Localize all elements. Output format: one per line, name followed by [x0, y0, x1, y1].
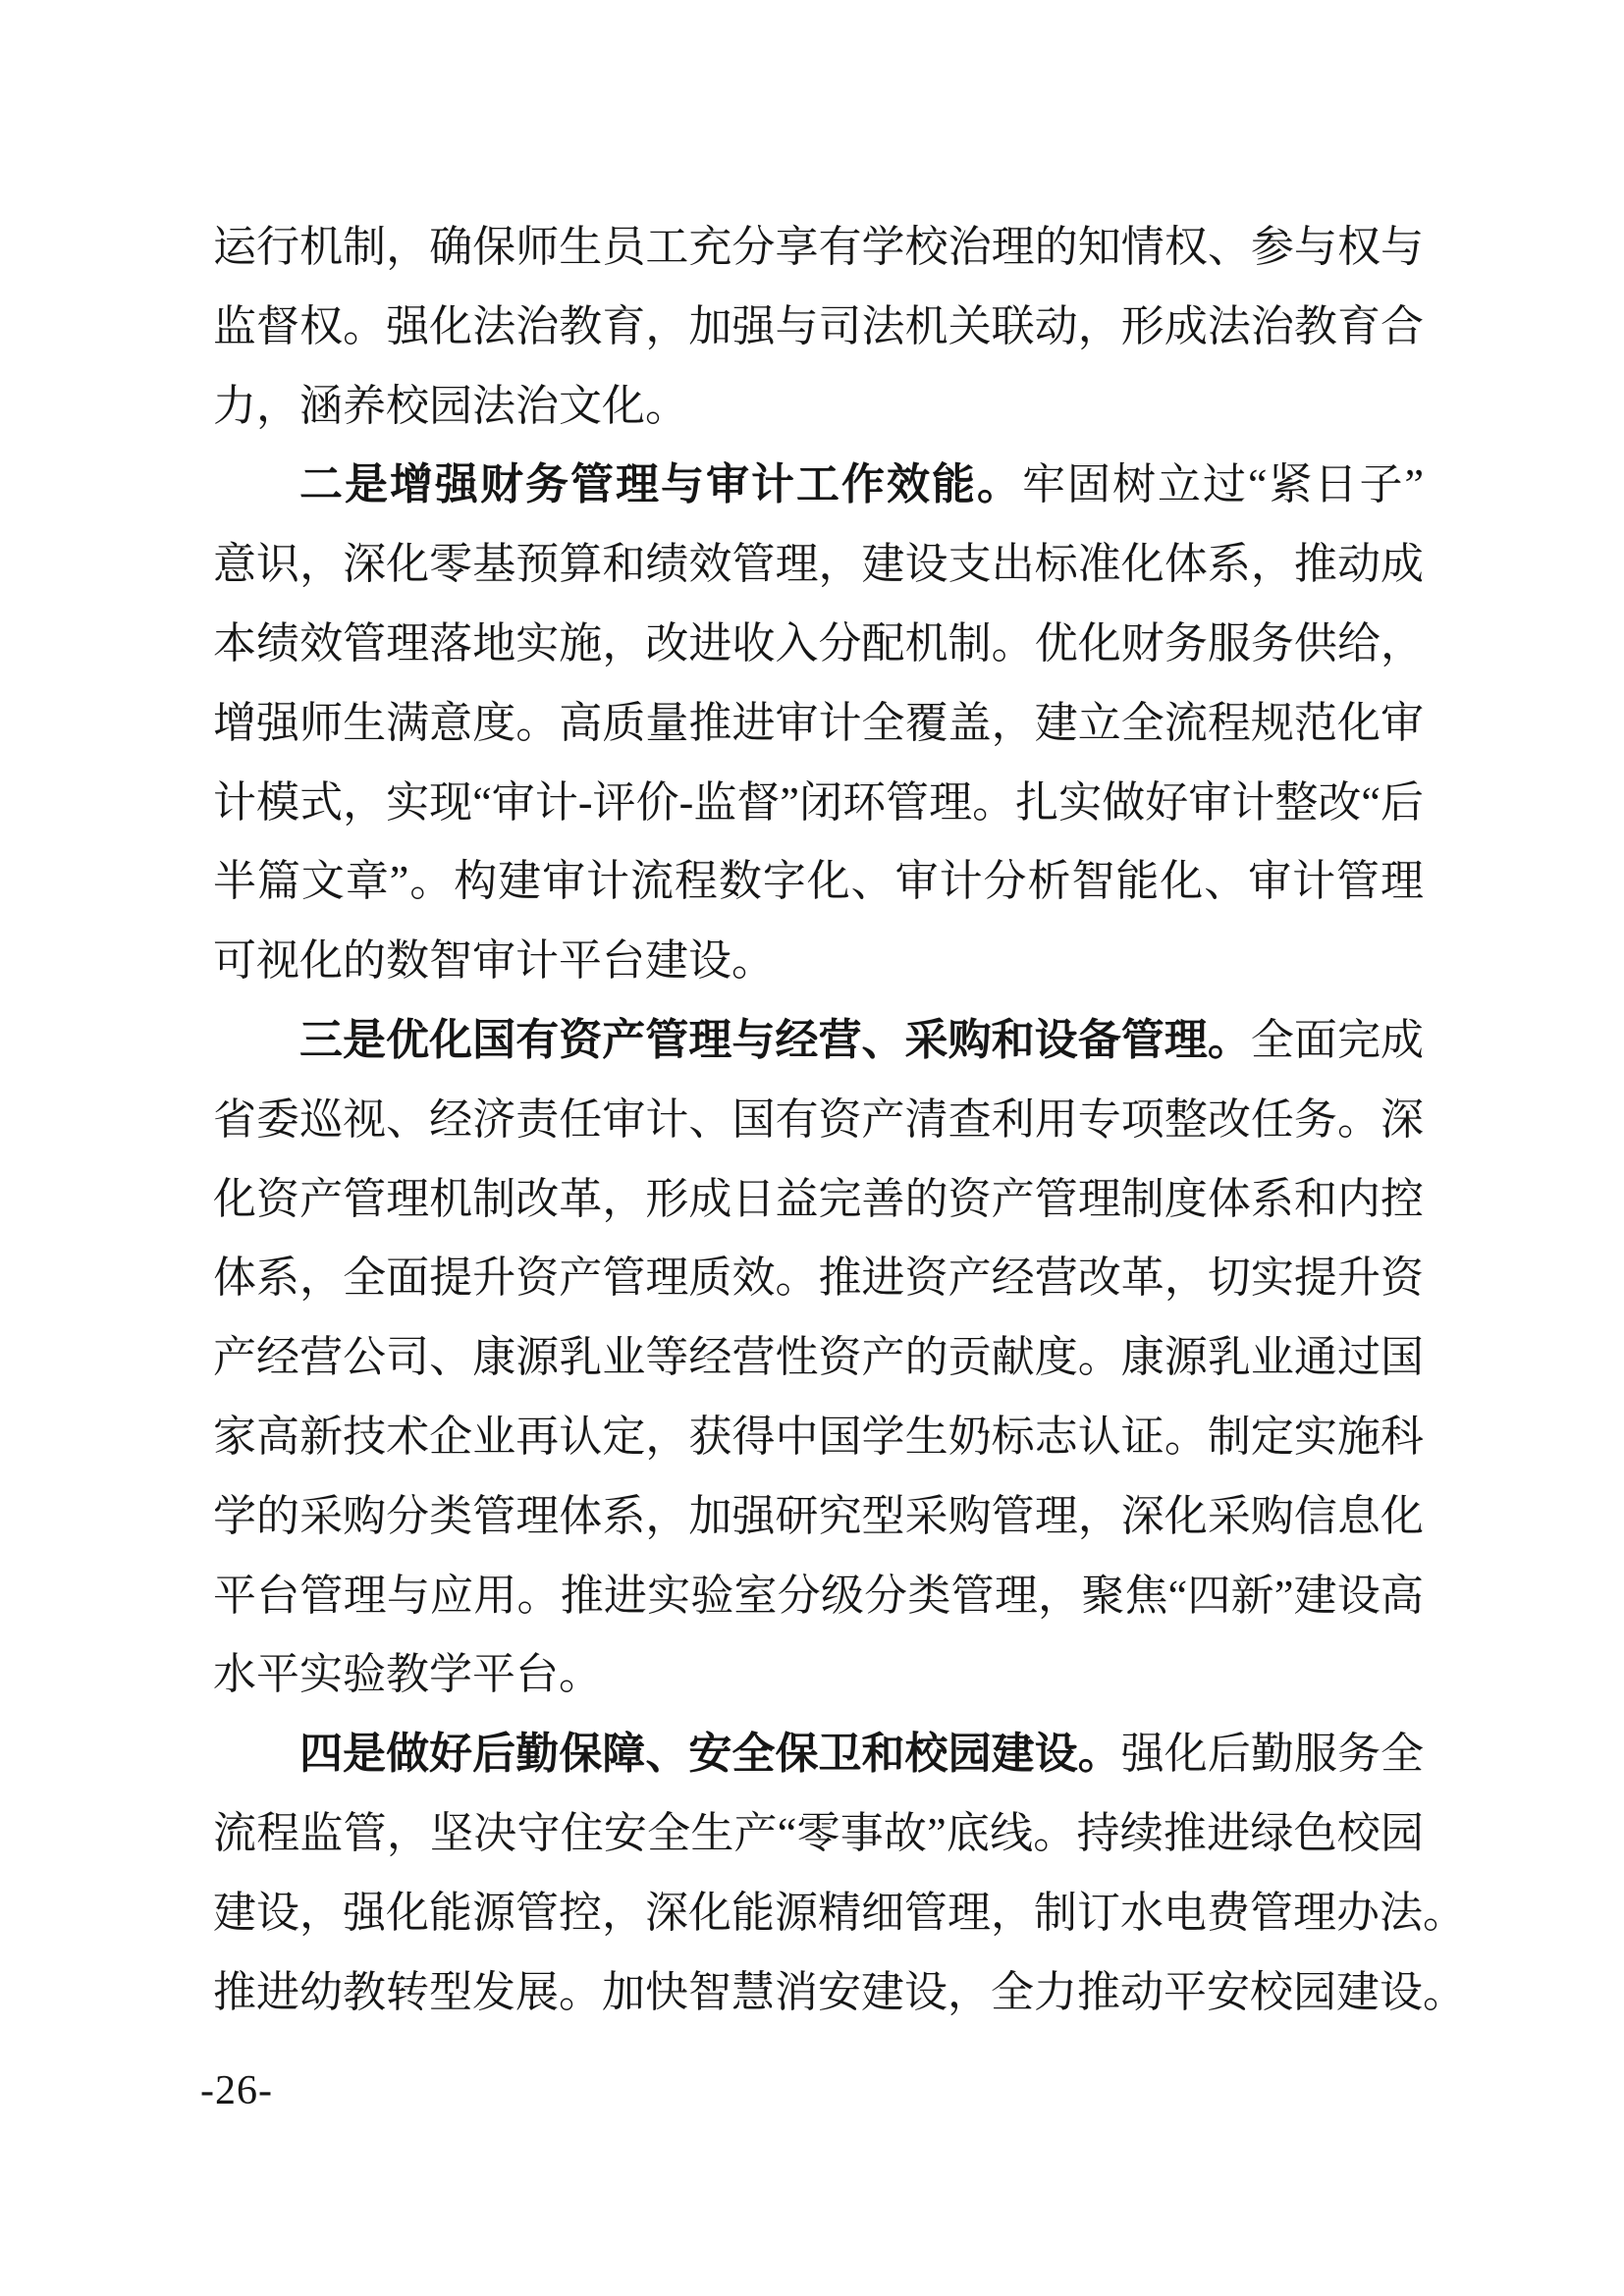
body-segment: 流程监管，坚决守住安全生产“零事故”底线。持续推进绿色校园: [213, 1809, 1424, 1857]
body-segment: 牢固树立过“紧日子”: [1022, 460, 1424, 508]
document-body: 运行机制，确保师生员工充分享有学校治理的知情权、参与权与监督权。强化法治教育，加…: [213, 208, 1424, 2032]
body-segment: 半篇文章”。构建审计流程数字化、审计分析智能化、审计管理: [213, 857, 1424, 905]
text-line: 推进幼教转型发展。加快智慧消安建设，全力推动平安校园建设。: [213, 1953, 1424, 2033]
heading-segment: 四是做好后勤保障、安全保卫和校园建设。: [299, 1730, 1121, 1778]
body-segment: 体系，全面提升资产管理质效。推进资产经营改革，切实提升资: [213, 1254, 1424, 1302]
heading-segment: 三是优化国有资产管理与经营、采购和设备管理。: [299, 1016, 1251, 1064]
text-line: 平台管理与应用。推进实验室分级分类管理，聚焦“四新”建设高: [213, 1557, 1424, 1636]
text-line: 计模式，实现“审计-评价-监督”闭环管理。扎实做好审计整改“后: [213, 764, 1424, 843]
body-segment: 可视化的数智审计平台建设。: [213, 936, 775, 985]
body-segment: 力，涵养校园法治文化。: [213, 382, 688, 430]
text-line: 意识，深化零基预算和绩效管理，建设支出标准化体系，推动成: [213, 525, 1424, 605]
body-segment: 家高新技术企业再认定，获得中国学生奶标志认证。制定实施科: [213, 1413, 1424, 1461]
text-line: 四是做好后勤保障、安全保卫和校园建设。强化后勤服务全: [213, 1715, 1424, 1794]
text-line: 流程监管，坚决守住安全生产“零事故”底线。持续推进绿色校园: [213, 1794, 1424, 1874]
text-line: 体系，全面提升资产管理质效。推进资产经营改革，切实提升资: [213, 1239, 1424, 1318]
body-segment: 运行机制，确保师生员工充分享有学校治理的知情权、参与权与: [213, 223, 1424, 271]
text-line: 可视化的数智审计平台建设。: [213, 922, 1424, 1001]
body-segment: 学的采购分类管理体系，加强研究型采购管理，深化采购信息化: [213, 1492, 1424, 1540]
body-segment: 平台管理与应用。推进实验室分级分类管理，聚焦“四新”建设高: [213, 1572, 1424, 1620]
body-segment: 产经营公司、康源乳业等经营性资产的贡献度。康源乳业通过国: [213, 1333, 1424, 1381]
text-line: 运行机制，确保师生员工充分享有学校治理的知情权、参与权与: [213, 208, 1424, 288]
body-segment: 省委巡视、经济责任审计、国有资产清查利用专项整改任务。深: [213, 1095, 1424, 1144]
text-line: 家高新技术企业再认定，获得中国学生奶标志认证。制定实施科: [213, 1398, 1424, 1477]
body-segment: 水平实验教学平台。: [213, 1650, 602, 1698]
body-segment: 建设，强化能源管控，深化能源精细管理，制订水电费管理办法。: [213, 1889, 1466, 1937]
text-line: 化资产管理机制改革，形成日益完善的资产管理制度体系和内控: [213, 1160, 1424, 1240]
body-segment: 全面完成: [1251, 1016, 1424, 1064]
text-line: 增强师生满意度。高质量推进审计全覆盖，建立全流程规范化审: [213, 684, 1424, 764]
text-line: 建设，强化能源管控，深化能源精细管理，制订水电费管理办法。: [213, 1874, 1424, 1953]
body-segment: 强化后勤服务全: [1121, 1730, 1424, 1778]
body-segment: 计模式，实现“审计-评价-监督”闭环管理。扎实做好审计整改“后: [213, 778, 1424, 827]
text-line: 三是优化国有资产管理与经营、采购和设备管理。全面完成: [213, 1001, 1424, 1081]
body-segment: 监督权。强化法治教育，加强与司法机关联动，形成法治教育合: [213, 302, 1424, 350]
text-line: 产经营公司、康源乳业等经营性资产的贡献度。康源乳业通过国: [213, 1318, 1424, 1398]
body-segment: 推进幼教转型发展。加快智慧消安建设，全力推动平安校园建设。: [213, 1968, 1466, 2016]
text-line: 监督权。强化法治教育，加强与司法机关联动，形成法治教育合: [213, 288, 1424, 367]
text-line: 本绩效管理落地实施，改进收入分配机制。优化财务服务供给，: [213, 605, 1424, 684]
body-segment: 意识，深化零基预算和绩效管理，建设支出标准化体系，推动成: [213, 540, 1424, 588]
text-line: 力，涵养校园法治文化。: [213, 367, 1424, 447]
page-number: -26-: [200, 2067, 273, 2114]
body-segment: 增强师生满意度。高质量推进审计全覆盖，建立全流程规范化审: [213, 699, 1424, 747]
body-segment: 本绩效管理落地实施，改进收入分配机制。优化财务服务供给，: [213, 619, 1424, 667]
text-line: 半篇文章”。构建审计流程数字化、审计分析智能化、审计管理: [213, 842, 1424, 922]
text-line: 水平实验教学平台。: [213, 1635, 1424, 1715]
text-line: 学的采购分类管理体系，加强研究型采购管理，深化采购信息化: [213, 1477, 1424, 1557]
document-page: 运行机制，确保师生员工充分享有学校治理的知情权、参与权与监督权。强化法治教育，加…: [0, 0, 1624, 2296]
body-segment: 化资产管理机制改革，形成日益完善的资产管理制度体系和内控: [213, 1175, 1424, 1223]
heading-segment: 二是增强财务管理与审计工作效能。: [299, 460, 1022, 508]
text-line: 省委巡视、经济责任审计、国有资产清查利用专项整改任务。深: [213, 1081, 1424, 1160]
text-line: 二是增强财务管理与审计工作效能。牢固树立过“紧日子”: [213, 446, 1424, 525]
